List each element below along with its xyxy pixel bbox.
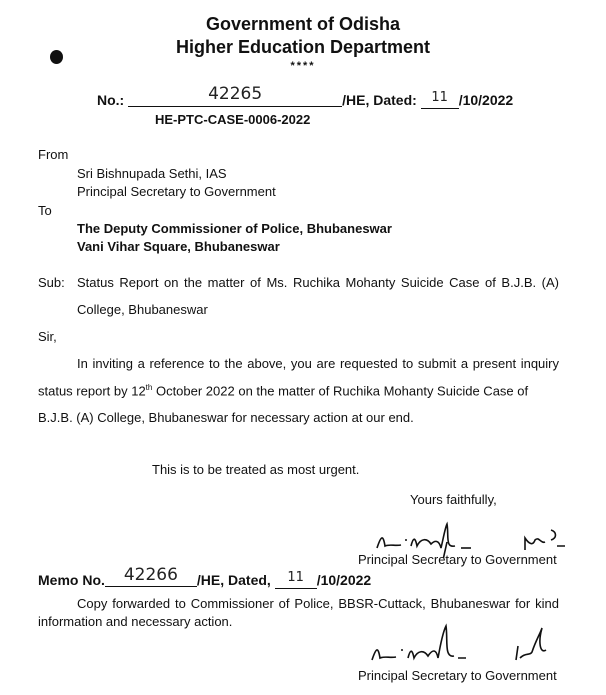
subject-line1: Status Report on the matter of Ms. Ruchi…	[77, 275, 559, 290]
to-label: To	[38, 203, 52, 218]
header-stars: ****	[0, 60, 606, 72]
header-government: Government of Odisha	[0, 14, 606, 35]
signatory-2: Principal Secretary to Government	[358, 668, 557, 683]
he-dated-label: /HE, Dated:	[342, 92, 417, 108]
from-designation: Principal Secretary to Government	[77, 184, 276, 199]
body-line2-text: status report by 12th October 2022 on th…	[38, 383, 528, 398]
day-value: 11	[431, 90, 448, 105]
header-department: Higher Education Department	[0, 37, 606, 58]
memo-label: Memo No.	[38, 572, 105, 588]
reference-line: No.: 42265/HE, Dated: 11/10/2022	[97, 90, 513, 109]
subject-label: Sub:	[38, 275, 65, 290]
day-field: 11	[421, 92, 459, 109]
from-name: Sri Bishnupada Sethi, IAS	[77, 166, 227, 181]
memo-line: Memo No.42266/HE, Dated, 11/10/2022	[38, 570, 371, 589]
memo-no-field: 42266	[105, 570, 197, 587]
urgent-note: This is to be treated as most urgent.	[152, 462, 359, 477]
memo-day-field: 11	[275, 572, 317, 589]
month-year: /10/2022	[459, 92, 514, 108]
copy-line1: Copy forwarded to Commissioner of Police…	[77, 596, 559, 611]
no-value: 42265	[208, 84, 262, 104]
memo-no-value: 42266	[124, 565, 178, 585]
memo-he-dated-label: /HE, Dated,	[197, 572, 271, 588]
signatory-1: Principal Secretary to Government	[358, 552, 557, 567]
case-number: HE-PTC-CASE-0006-2022	[155, 112, 310, 127]
closing: Yours faithfully,	[410, 492, 497, 507]
salutation: Sir,	[38, 329, 57, 344]
body-line1: In inviting a reference to the above, yo…	[77, 356, 559, 371]
body-line3: B.J.B. (A) College, Bhubaneswar for nece…	[38, 410, 414, 425]
memo-month-year: /10/2022	[317, 572, 372, 588]
copy-line2: information and necessary action.	[38, 614, 232, 629]
body-line2-pre: status report by 12	[38, 383, 146, 398]
to-line1: The Deputy Commissioner of Police, Bhuba…	[77, 221, 392, 236]
memo-day-value: 11	[287, 570, 304, 585]
subject-line2: College, Bhubaneswar	[77, 302, 208, 317]
from-label: From	[38, 147, 68, 162]
body-line2: status report by 12th October 2022 on th…	[38, 383, 559, 398]
no-label: No.:	[97, 92, 124, 108]
to-line2: Vani Vihar Square, Bhubaneswar	[77, 239, 280, 254]
no-field: 42265	[128, 90, 342, 107]
body-line2-post: October 2022 on the matter of Ruchika Mo…	[152, 383, 528, 398]
signature-2	[370, 620, 570, 668]
